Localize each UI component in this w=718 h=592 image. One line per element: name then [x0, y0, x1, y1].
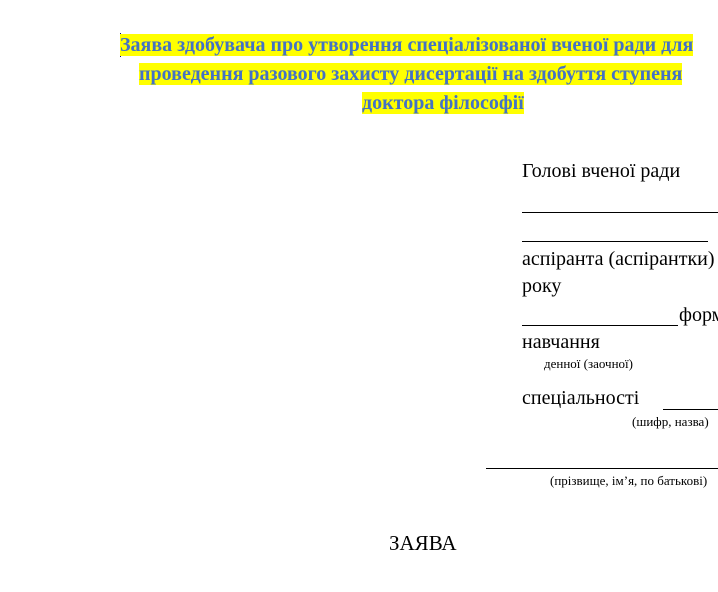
- chair-name-blank-line-2[interactable]: [522, 241, 708, 242]
- statement-heading: ЗАЯВА: [389, 531, 457, 556]
- form-blank-line[interactable]: [522, 325, 678, 326]
- specialty-label: спеціальності: [522, 385, 639, 411]
- title-line-1: Заява здобувача про утворення спеціалізо…: [120, 31, 693, 60]
- chair-name-blank-line[interactable]: [522, 212, 718, 213]
- form-hint: денної (заочної): [544, 356, 633, 372]
- form-label: форми: [679, 302, 718, 328]
- full-name-blank-line[interactable]: [486, 468, 718, 469]
- year-label: року: [522, 273, 561, 299]
- specialty-blank-line[interactable]: [663, 409, 718, 410]
- addressee-label: Голові вченої ради: [522, 158, 680, 184]
- student-label: аспіранта (аспірантки): [522, 246, 715, 272]
- title-line-2: проведення разового захисту дисертації н…: [139, 60, 682, 89]
- full-name-hint: (прізвище, ім’я, по батькові): [550, 473, 707, 489]
- study-label: навчання: [522, 329, 600, 355]
- specialty-hint: (шифр, назва): [632, 414, 709, 430]
- title-line-3: доктора філософії: [362, 89, 524, 118]
